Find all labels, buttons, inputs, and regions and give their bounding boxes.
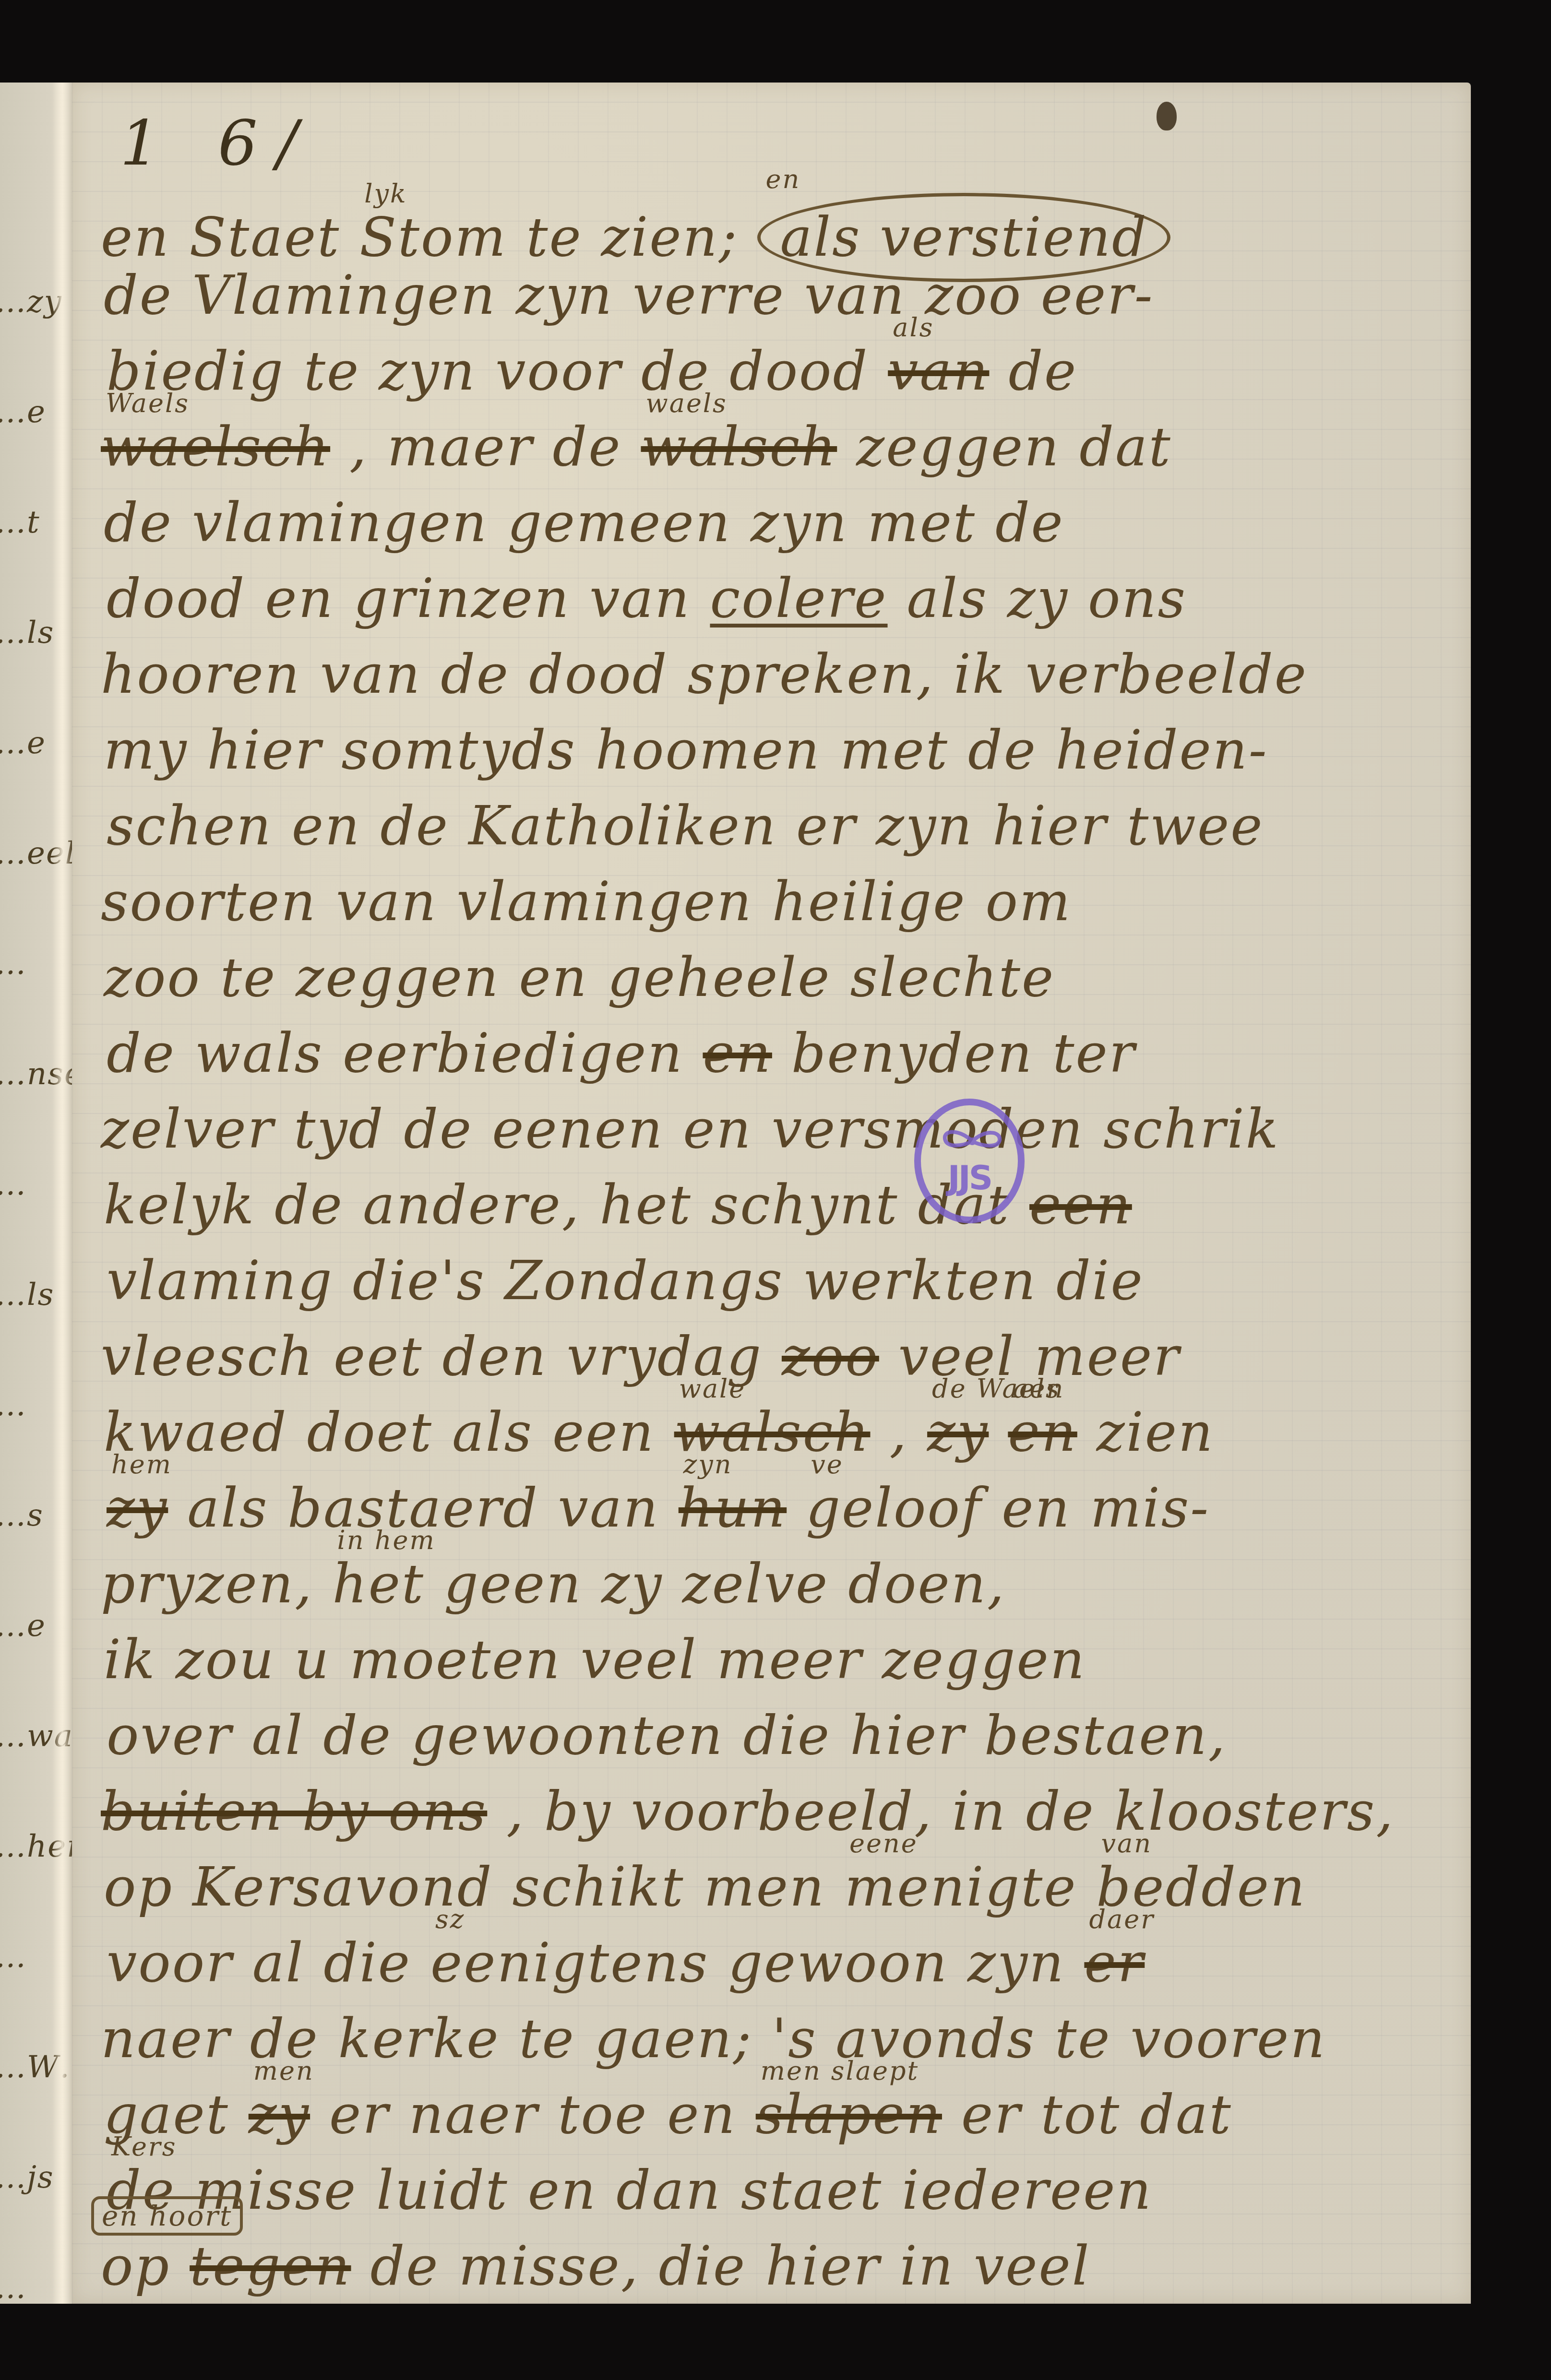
word: hier <box>992 799 1108 853</box>
word: de <box>323 1709 392 1763</box>
word: luidt <box>376 2164 508 2217</box>
word: meer <box>716 1633 862 1687</box>
ink-blot <box>1157 102 1177 130</box>
word: naer <box>101 2012 231 2066</box>
word: er <box>961 2088 1022 2142</box>
word: de <box>1026 1785 1095 1838</box>
word: in <box>952 1785 1007 1838</box>
manuscript-line: soortenvanvlamingenheiligeom <box>101 875 1091 929</box>
manuscript-line: schenendeKatholikenerzynhiertwee <box>107 799 1283 853</box>
word: over <box>107 1709 233 1763</box>
manuscript-page: 1 6/ enStaetStomlykte zien;als verstiend… <box>72 83 1471 2304</box>
manuscript-line: zootezeggenengeheeleslechte <box>104 951 1074 1005</box>
manuscript-line: zelvertyddeeenenenversmodenschrik <box>101 1102 1299 1156</box>
word: en <box>528 2164 597 2217</box>
adjacent-page-text-fragment: …e <box>0 1608 46 1644</box>
word: zy <box>1007 572 1069 626</box>
adjacent-page-text-fragment: …s <box>0 1498 44 1533</box>
word: die <box>1056 1254 1144 1308</box>
stamp-monogram: JJS <box>921 1158 1018 1197</box>
interlinear-insertion: ve <box>811 1452 843 1478</box>
word: en <box>667 2088 736 2142</box>
word: maer <box>387 420 534 474</box>
word: pryzen, <box>101 1557 313 1611</box>
word: al <box>252 1936 305 1990</box>
word: al <box>252 1709 304 1763</box>
adjacent-page-text-fragment: …t <box>0 505 40 540</box>
word: , <box>506 1785 525 1838</box>
interlinear-insertion: eene <box>849 1831 918 1857</box>
word: hier <box>765 2239 881 2293</box>
interlinear-insertion: lyk <box>364 181 407 207</box>
manuscript-line: waelschWaels,maerdewalschwaelszeggendat <box>101 420 1191 474</box>
interlinear-insertion: daer <box>1089 1906 1155 1932</box>
interlinear-insertion: waels <box>645 391 727 416</box>
word: staet <box>741 2164 883 2217</box>
word: hier <box>207 723 322 777</box>
word: misse, <box>459 2239 640 2293</box>
word: doet <box>307 1406 432 1459</box>
word: veel <box>581 1633 698 1687</box>
word: bestaen, <box>984 1709 1227 1763</box>
manuscript-line: overaldegewoontendiehierbestaen, <box>107 1709 1246 1763</box>
struck-word: buiten by ons <box>101 1785 487 1838</box>
interlinear-insertion: sz <box>435 1906 465 1932</box>
manuscript-line: doodengrinzenvancolerealszyons <box>107 572 1206 626</box>
word: de <box>441 648 510 701</box>
word: ons <box>1088 572 1187 626</box>
manuscript-line: vooraldieeenigtensszgewoonzynerdaer <box>107 1936 1164 1990</box>
word: iedereen <box>902 2164 1152 2217</box>
adjacent-page-text-fragment: … <box>0 1167 27 1202</box>
word: eet <box>334 1330 423 1384</box>
word: gewoonten <box>411 1709 724 1763</box>
manuscript-line: kwaeddoetalseenwalschwale,zyde Waelsenae… <box>104 1406 1233 1459</box>
word: met <box>867 496 976 550</box>
word: vlamingen <box>192 496 488 550</box>
word: en <box>292 799 361 853</box>
manuscript-line: ikzouumoetenveelmeerzeggen <box>104 1633 1105 1687</box>
word: en <box>1002 1481 1071 1535</box>
page-number: 1 6/ <box>120 107 317 179</box>
interlinear-insertion: hem <box>111 1452 172 1478</box>
boxed-marginal-note: en hoort <box>91 2196 243 2236</box>
word: dan <box>616 2164 722 2217</box>
word: zeggen <box>882 1633 1086 1687</box>
word: dood <box>529 648 668 701</box>
word: hetin hem <box>333 1557 425 1611</box>
word: ik <box>104 1633 156 1687</box>
word: de <box>370 2239 440 2293</box>
word: van <box>320 648 421 701</box>
manuscript-line: myhiersomtydshoomenmetde heiden- <box>104 723 1288 777</box>
word: somtyds <box>341 723 576 777</box>
word: een <box>552 1406 655 1459</box>
word: my <box>104 723 188 777</box>
word: ter <box>1052 1027 1136 1080</box>
word: de <box>104 269 173 322</box>
word: zyn <box>751 496 848 550</box>
struck-word: zymen <box>249 2088 310 2142</box>
word: en <box>265 572 334 626</box>
word: zyn <box>967 1936 1065 1990</box>
word: van <box>558 1481 659 1535</box>
word: en <box>101 211 170 264</box>
word: den <box>442 1330 548 1384</box>
interlinear-insertion: wale <box>679 1376 746 1402</box>
word: op <box>104 1860 173 1914</box>
interlinear-insertion: Kers <box>111 2134 177 2160</box>
word: toe <box>558 2088 648 2142</box>
struck-word: waelschWaels <box>101 420 330 474</box>
word: schen <box>107 799 273 853</box>
word: Katholiken <box>468 799 777 853</box>
word: als <box>187 1481 268 1535</box>
word: veel <box>974 2239 1091 2293</box>
word: dat <box>1140 2088 1232 2142</box>
word: twee <box>1127 799 1264 853</box>
word: schrik <box>1103 1102 1280 1156</box>
adjacent-page-text-fragment: … <box>0 1387 27 1423</box>
word: grinzen <box>354 572 571 626</box>
adjacent-page-text-fragment: …ls <box>0 1277 54 1313</box>
word: en <box>683 1102 752 1156</box>
word: open hoort <box>101 2239 170 2293</box>
word: andere, <box>363 1178 580 1232</box>
manuscript-line: buiten by ons,byvoorbeeld,indekloosters, <box>101 1785 1414 1838</box>
word: zoo eer- <box>925 269 1154 322</box>
word: er <box>329 2088 390 2142</box>
collection-stamp: JJS <box>914 1099 1025 1223</box>
word: vooren <box>1130 2012 1326 2066</box>
struck-word: enaen <box>1008 1406 1077 1459</box>
word: te <box>220 951 276 1005</box>
word: die's <box>353 1254 486 1308</box>
word: , <box>889 1406 908 1459</box>
word: gemeen <box>507 496 731 550</box>
word: te <box>519 2012 575 2066</box>
manuscript-line: vlamingdie'sZondangswerktendie <box>107 1254 1163 1308</box>
word: mis- <box>1090 1481 1210 1535</box>
interlinear-insertion: men slaept <box>761 2058 919 2084</box>
word: zien <box>1097 1406 1214 1459</box>
adjacent-page-text-fragment: …e <box>0 394 46 430</box>
word: men <box>704 1860 825 1914</box>
manuscript-line: open hoorttegendemisse,diehierinveel <box>101 2239 1110 2293</box>
word: , <box>349 420 368 474</box>
struck-word: een <box>1029 1178 1132 1232</box>
manuscript-line: pryzen,hetin hemgeenzyzelvedoen, <box>101 1557 1025 1611</box>
word: eenen <box>492 1102 664 1156</box>
word: die <box>323 1936 411 1990</box>
manuscript-line: biedigte zynvoordedoodvanalsde <box>107 344 1097 398</box>
word: Vlamingen <box>192 269 497 322</box>
manuscript-line: hoorenvandedoodspreken,ikverbeelde <box>101 648 1327 701</box>
word: vlaming <box>107 1254 334 1308</box>
word: de <box>552 420 621 474</box>
word: menigteeene <box>845 1860 1077 1914</box>
word: dat <box>1079 420 1171 474</box>
struck-word: walschwaels <box>641 420 837 474</box>
word: zeggen <box>296 951 500 1005</box>
word: zelver <box>101 1102 274 1156</box>
word: van <box>804 269 906 322</box>
word: zyn <box>876 799 973 853</box>
struck-word: vanals <box>888 344 989 398</box>
word: geheele <box>608 951 831 1005</box>
word: kerke <box>338 2012 500 2066</box>
word: verbeelde <box>1026 648 1308 701</box>
word: moeten <box>349 1633 561 1687</box>
interlinear-insertion: van <box>1101 1831 1152 1857</box>
word: van <box>336 875 437 929</box>
word: de <box>107 1027 176 1080</box>
word: van <box>589 572 691 626</box>
word: die <box>743 1709 831 1763</box>
word: zy <box>601 1557 663 1611</box>
interlinear-insertion: als <box>893 315 934 341</box>
word: slechte <box>850 951 1055 1005</box>
struck-word: zoo <box>782 1330 879 1384</box>
word: geen <box>444 1557 582 1611</box>
manuscript-line: gaetzymenernaertoeenslapenmen slaepterto… <box>104 2088 1252 2142</box>
adjacent-page-text-fragment: …e <box>0 725 46 761</box>
word: de <box>104 496 173 550</box>
word: verre <box>632 269 785 322</box>
word: het <box>599 1178 692 1232</box>
word: hier <box>850 1709 965 1763</box>
word: by <box>544 1785 612 1838</box>
word: wals <box>195 1027 323 1080</box>
word: Stomlyk <box>359 211 507 264</box>
struck-word: en <box>703 1027 772 1080</box>
word: naer <box>409 2088 539 2142</box>
interlinear-insertion: Waels <box>106 391 190 416</box>
word: kelyk <box>104 1178 255 1232</box>
word: om <box>985 875 1072 929</box>
manuscript-line: deKersmisseluidtendanstaetiedereen <box>107 2164 1172 2217</box>
word: zyn <box>516 269 613 322</box>
word: en <box>519 951 588 1005</box>
word: als <box>452 1406 533 1459</box>
word: voor <box>495 344 622 398</box>
word: de <box>995 496 1064 550</box>
word: spreken, <box>687 648 934 701</box>
word: zoo <box>104 951 201 1005</box>
word: hoomen <box>596 723 821 777</box>
word: tot <box>1041 2088 1121 2142</box>
word: de <box>1008 344 1077 398</box>
word: hooren <box>101 648 301 701</box>
word: te zyn <box>304 344 476 398</box>
word: geloofve <box>806 1481 982 1535</box>
adjacent-page-text-fragment: … <box>0 946 27 982</box>
word: met <box>840 723 949 777</box>
adjacent-page-text-fragment: …ls <box>0 615 54 651</box>
word: te zien; <box>526 211 739 264</box>
word: Zondangs <box>505 1254 784 1308</box>
word: werkten <box>803 1254 1037 1308</box>
manuscript-line: devlamingengemeenzynmetde <box>104 496 1084 550</box>
word: Staet <box>189 211 340 264</box>
struck-word: slapenmen slaept <box>756 2088 942 2142</box>
word: te <box>1055 2012 1111 2066</box>
page-gutter-fold <box>53 83 72 2304</box>
manuscript-line: zyhemalsbastaerdvanhunzyngeloofveenmis- <box>107 1481 1229 1535</box>
word: zelve <box>682 1557 829 1611</box>
word: eenigtenssz <box>430 1936 709 1990</box>
interlinear-insertion: zyn <box>683 1452 733 1478</box>
word: als <box>907 572 988 626</box>
word: in <box>900 2239 954 2293</box>
interlinear-insertion: aen <box>1013 1376 1064 1402</box>
word: colere <box>710 572 887 626</box>
interlinear-insertion: men <box>253 2058 314 2084</box>
word: soorten <box>101 875 317 929</box>
word: eerbiedigen <box>343 1027 684 1080</box>
struck-word: hunzyn <box>679 1481 787 1535</box>
word: gaen; <box>595 2012 753 2066</box>
word: er <box>796 799 857 853</box>
word: u <box>294 1633 330 1687</box>
word: de <box>274 1178 344 1232</box>
manuscript-line: dewalseerbiedigenenbenydenter <box>107 1027 1155 1080</box>
bow-ribbon-icon <box>941 1127 1003 1156</box>
adjacent-page-text-fragment: … <box>0 2270 27 2304</box>
struck-word: zyde Waels <box>927 1406 989 1459</box>
word: de heiden- <box>968 723 1268 777</box>
interlinear-insertion: in hem <box>337 1527 436 1553</box>
word: vlamingen <box>456 875 752 929</box>
manuscript-line: deVlamingenzynverrevanzoo eer- <box>104 269 1173 322</box>
word: kloosters, <box>1114 1785 1395 1838</box>
word: gewoon <box>728 1936 948 1990</box>
word: voor <box>107 1936 233 1990</box>
word: dood <box>729 344 869 398</box>
word: schynt <box>711 1178 899 1232</box>
adjacent-page-text-fragment: … <box>0 1939 27 1975</box>
word: de <box>380 799 449 853</box>
struck-word: tegen <box>190 2239 351 2293</box>
word: benyden <box>791 1027 1034 1080</box>
struck-word: erdaer <box>1084 1936 1145 1990</box>
word: doen, <box>848 1557 1005 1611</box>
word: zeggen <box>856 420 1060 474</box>
word: schikt <box>512 1860 684 1914</box>
struck-word: zyhem <box>107 1481 168 1535</box>
word: ik <box>954 648 1006 701</box>
word: zou <box>176 1633 275 1687</box>
word: de <box>404 1102 473 1156</box>
interlinear-insertion: en <box>765 166 800 192</box>
word: tyd <box>294 1102 384 1156</box>
adjacent-page-text-fragment: …js <box>0 2160 54 2195</box>
word: heilige <box>772 875 966 929</box>
word: vleesch <box>101 1330 314 1384</box>
word: die <box>658 2239 746 2293</box>
word: dood <box>107 572 246 626</box>
